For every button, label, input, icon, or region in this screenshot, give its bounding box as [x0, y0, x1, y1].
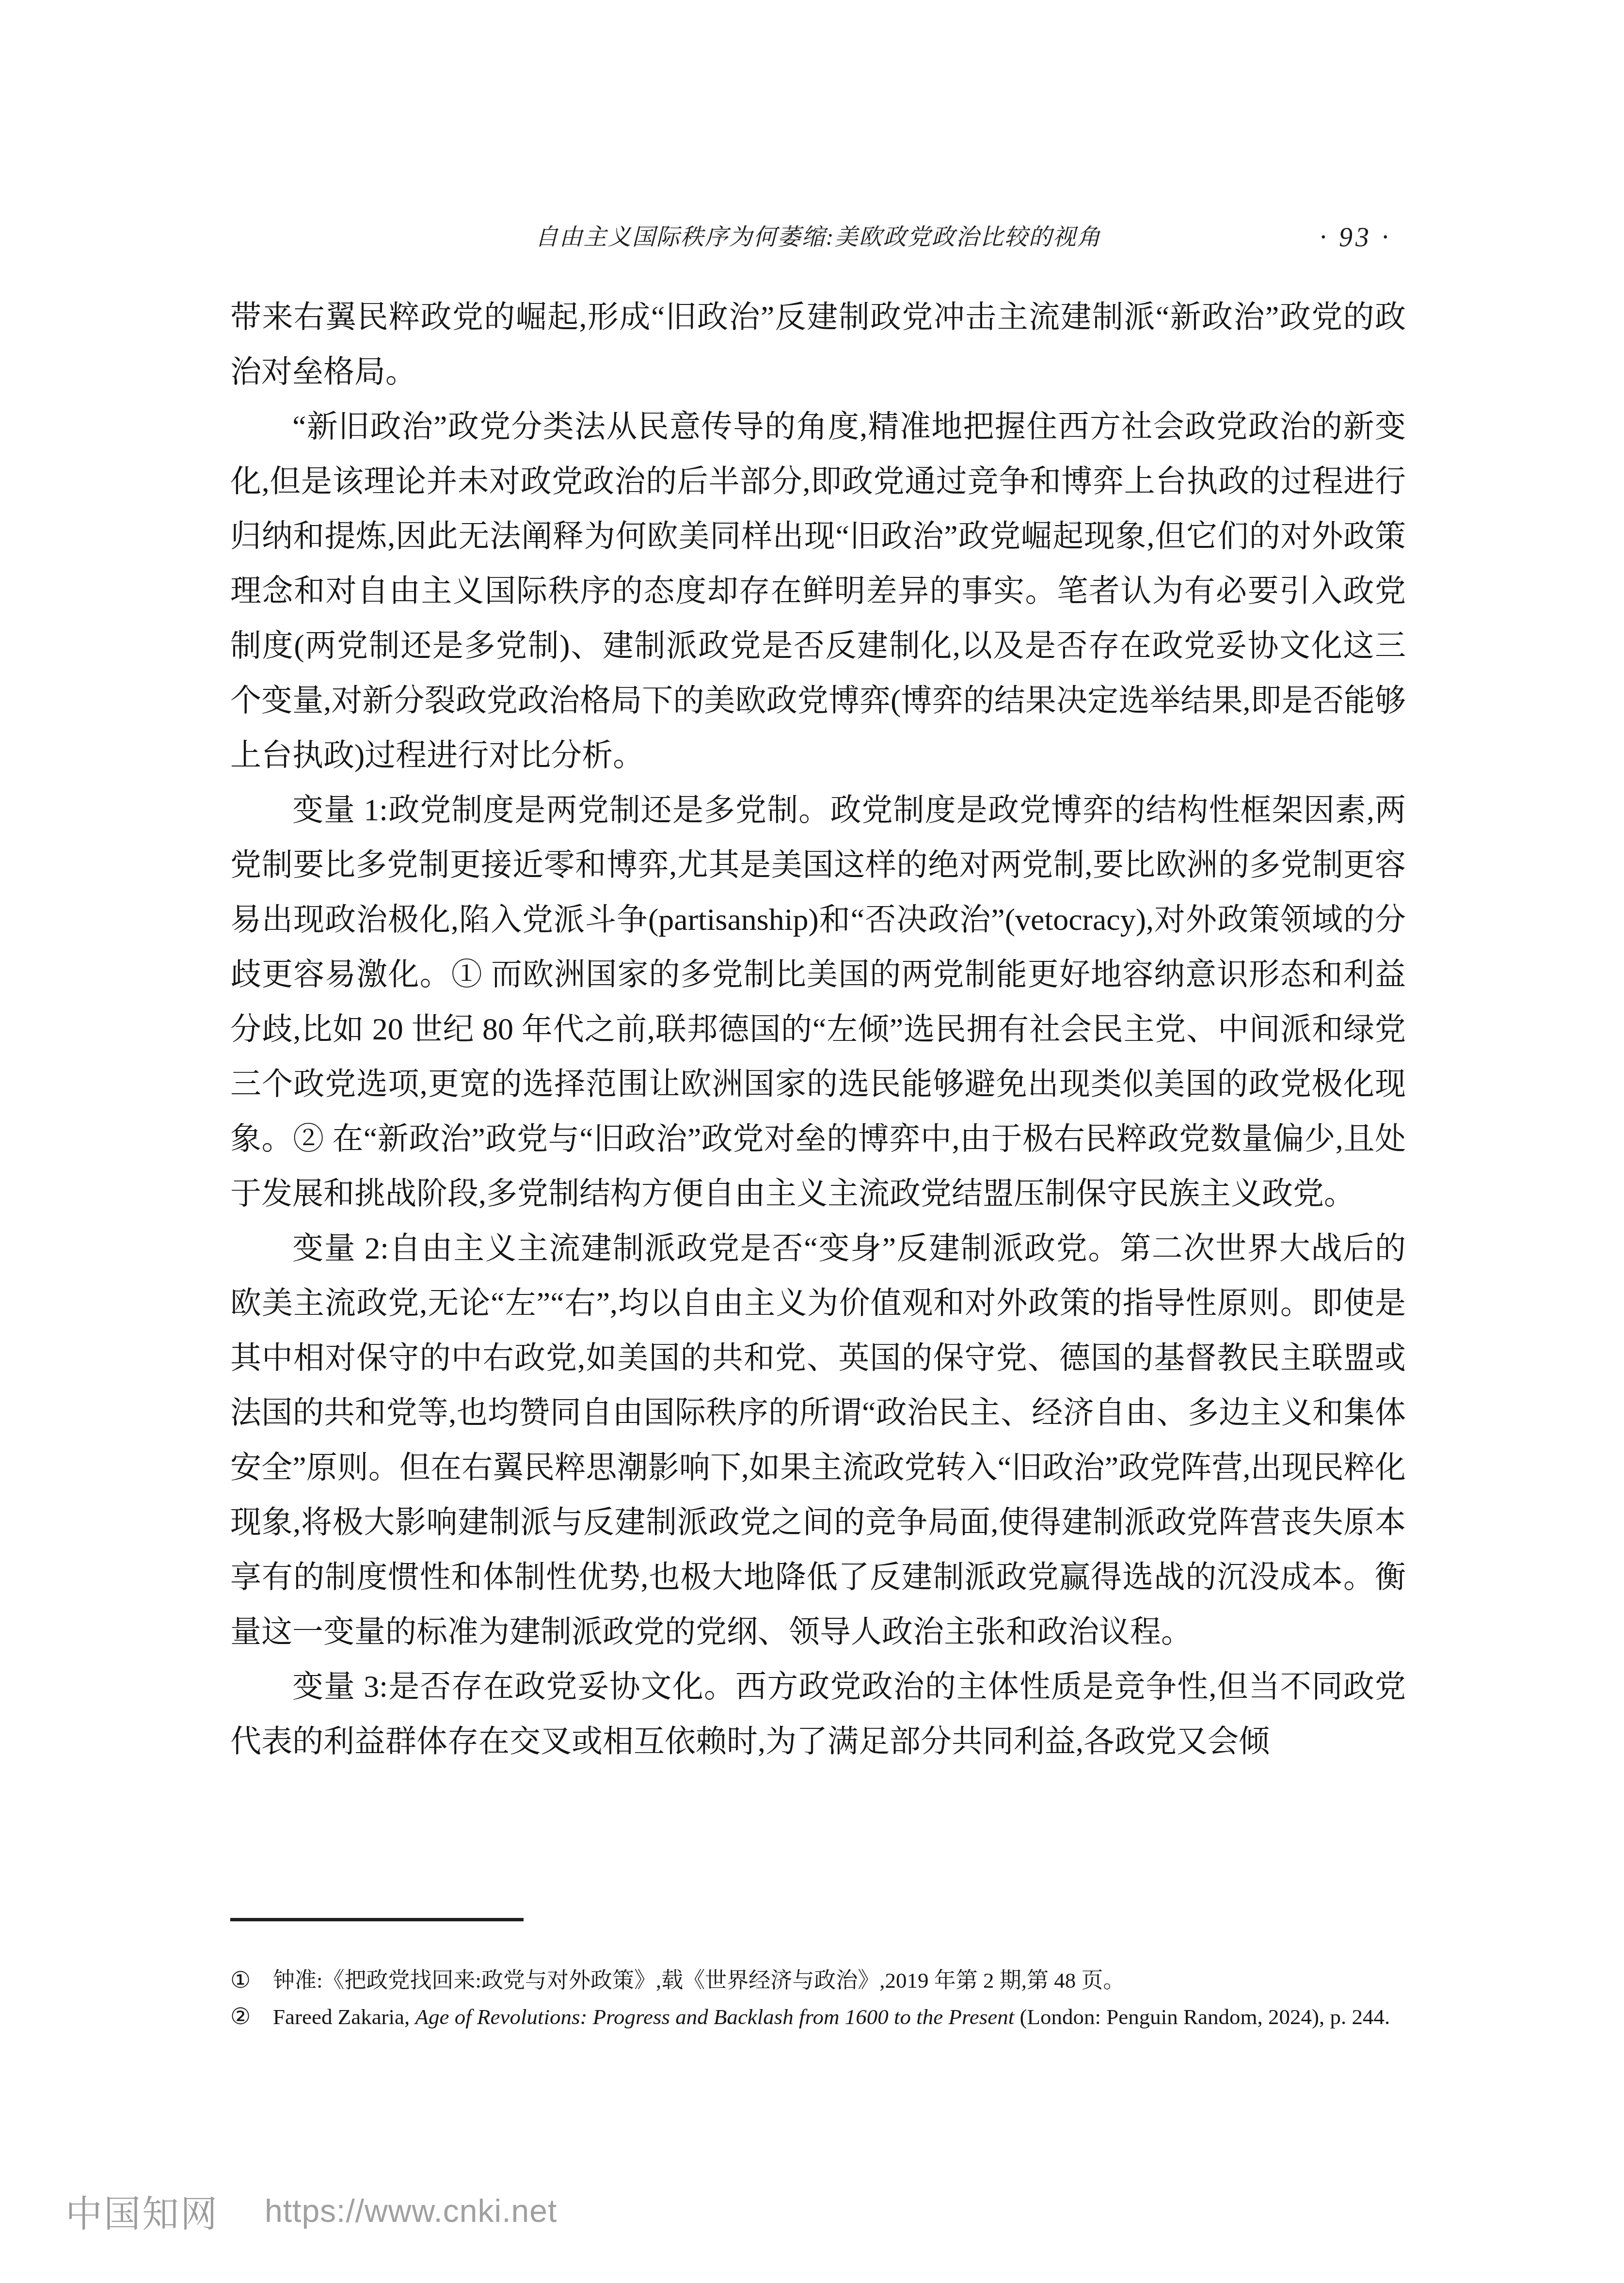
journal-page: 自由主义国际秩序为何萎缩:美欧政党政治比较的视角 · 93 · 带来右翼民粹政党…	[0, 0, 1624, 2283]
paragraph: 变量 1:政党制度是两党制还是多党制。政党制度是政党博弈的结构性框架因素,两党制…	[230, 782, 1406, 1221]
running-title: 自由主义国际秩序为何萎缩:美欧政党政治比较的视角	[230, 216, 1406, 259]
footnote-author: Fareed Zakaria,	[273, 2005, 415, 2029]
footnotes: ① 钟准:《把政党找回来:政党与对外政策》,载《世界经济与政治》,2019 年第…	[230, 1963, 1409, 2035]
paragraph: 变量 2:自由主义主流建制派政党是否“变身”反建制派政党。第二次世界大战后的欧美…	[230, 1221, 1406, 1659]
footnote-text: Fareed Zakaria, Age of Revolutions: Prog…	[273, 1999, 1409, 2035]
article-body: 带来右翼民粹政党的崛起,形成“旧政治”反建制政党冲击主流建制派“新政治”政党的政…	[230, 289, 1406, 1769]
footnote-marker: ①	[230, 1963, 273, 1999]
paragraph: 带来右翼民粹政党的崛起,形成“旧政治”反建制政党冲击主流建制派“新政治”政党的政…	[230, 289, 1406, 399]
footnote: ① 钟准:《把政党找回来:政党与对外政策》,载《世界经济与政治》,2019 年第…	[230, 1963, 1409, 1999]
page-number: · 93 ·	[1320, 216, 1391, 259]
paragraph: 变量 3:是否存在政党妥协文化。西方政党政治的主体性质是竞争性,但当不同政党代表…	[230, 1659, 1406, 1769]
cnki-logo: 中国知网	[65, 2185, 219, 2237]
footnote-marker: ②	[230, 1999, 273, 2035]
cnki-url: https://www.cnki.net	[265, 2192, 557, 2229]
footnote: ② Fareed Zakaria, Age of Revolutions: Pr…	[230, 1999, 1409, 2035]
page-header: 自由主义国际秩序为何萎缩:美欧政党政治比较的视角 · 93 ·	[230, 216, 1406, 259]
footnote-publication: (London: Penguin Random, 2024), p. 244.	[1014, 2005, 1390, 2029]
footnote-divider	[230, 1918, 524, 1921]
footnote-text: 钟准:《把政党找回来:政党与对外政策》,载《世界经济与政治》,2019 年第 2…	[273, 1963, 1409, 1999]
book-title: Age of Revolutions: Progress and Backlas…	[415, 2005, 1015, 2029]
cnki-watermark: 中国知网 https://www.cnki.net	[65, 2182, 841, 2240]
paragraph: “新旧政治”政党分类法从民意传导的角度,精准地把握住西方社会政党政治的新变化,但…	[230, 399, 1406, 782]
